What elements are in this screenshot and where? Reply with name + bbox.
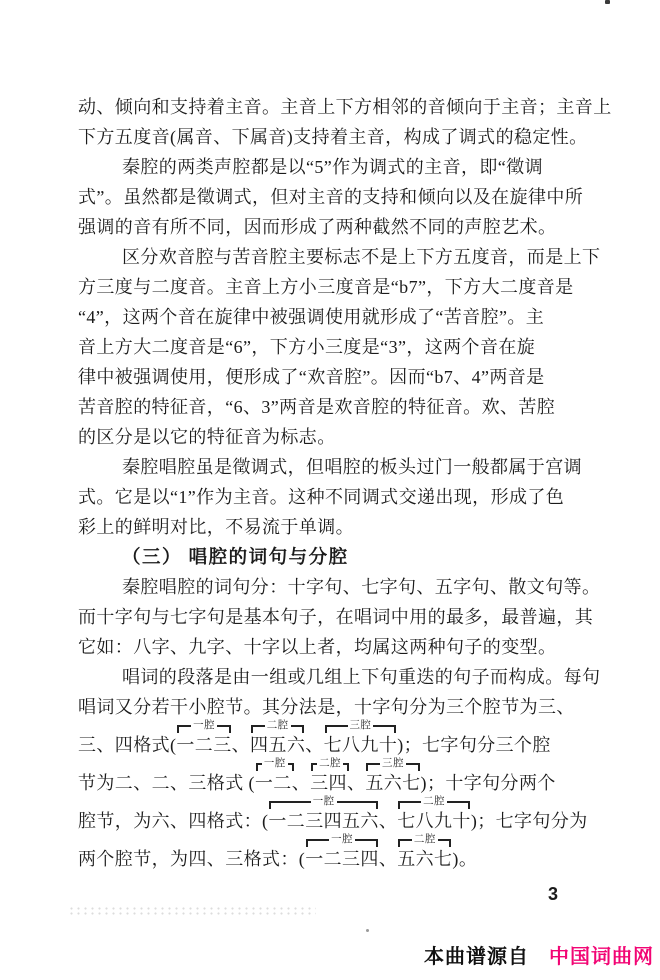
text-line: 方三度与二度音。主音上方小三度音是“b7”，下方大二度音是	[78, 272, 604, 302]
scan-noise-strip	[68, 906, 316, 917]
bracket-right-corner	[288, 763, 294, 771]
bracket-annotated-group: 二腔七八九十	[397, 806, 471, 836]
text-line: 区分欢音腔与苦音腔主要标志不是上下方五度音，而是上下	[78, 242, 604, 272]
annotated-text: 四五六	[250, 735, 305, 755]
bracket-annotated-group: 一腔一二三四五六	[268, 806, 378, 836]
bracket-left-corner	[251, 725, 265, 733]
annotated-text: 三四	[310, 773, 347, 793]
bracket-left-corner	[366, 763, 380, 771]
bracket-left-corner	[398, 801, 421, 809]
text-line: 腔节，为六、四格式：(一腔一二三四五六、二腔七八九十)；七字句分为	[78, 798, 604, 836]
bracket-left-corner	[269, 801, 310, 809]
text-block: 动、倾向和支持着主音。主音上下方相邻的音倾向于主音；主音上下方五度音(属音、下属…	[78, 92, 604, 874]
watermark-footer: 本曲谱源自中国词曲网	[424, 942, 654, 972]
bracket-annotated-group: 二腔三四	[310, 768, 347, 798]
text-segment: 、	[305, 735, 323, 755]
text-segment: 、	[347, 773, 365, 793]
text-segment: 、	[379, 849, 397, 869]
bracket-left-corner	[398, 839, 412, 847]
text-segment: )。	[452, 849, 477, 869]
bracket-right-corner	[343, 763, 349, 771]
bracket-right-corner	[291, 725, 305, 733]
bracket-annotated-group: 三腔五六七	[365, 768, 420, 798]
bracket-left-corner	[306, 839, 329, 847]
text-line: 彩上的鲜明对比，不易流于单调。	[78, 512, 604, 542]
text-line: 式。它是以“1”作为主音。这种不同调式交递出现，形成了色	[78, 482, 604, 512]
text-line: 律中被强调使用，便形成了“欢音腔”。因而“b7、4”两音是	[78, 362, 604, 392]
bracket-annotated-group: 一腔一二	[255, 768, 292, 798]
text-segment: 节为二、二、三格式 (	[78, 773, 255, 793]
text-line: 而十字句与七字句是基本句子，在唱词中用的最多，最普遍，其	[78, 602, 604, 632]
annotated-text: 一二三四	[305, 849, 379, 869]
page-number: 3	[548, 883, 558, 905]
annotated-text: 一二三	[176, 735, 231, 755]
text-line: 秦腔唱腔虽是徵调式，但唱腔的板头过门一般都属于宫调	[78, 452, 604, 482]
scan-speck-bottom	[366, 929, 369, 932]
watermark-site-name: 中国词曲网	[549, 946, 654, 968]
bracket-left-corner	[256, 763, 262, 771]
bracket-right-corner	[373, 725, 396, 733]
text-line: 它如：八字、九字、十字以上者，均属这两种句子的变型。	[78, 632, 604, 662]
bracket-annotated-group: 二腔四五六	[250, 730, 305, 760]
bracket-left-corner	[325, 725, 348, 733]
text-line: “4”，这两个音在旋律中被强调使用就形成了“苦音腔”。主	[78, 302, 604, 332]
text-line: 两个腔节，为四、三格式：(一腔一二三四、二腔五六七)。	[78, 836, 604, 874]
watermark-prefix: 本曲谱源自	[424, 946, 529, 968]
bracket-right-corner	[355, 839, 378, 847]
text-segment: )；七字句分三个腔	[397, 735, 551, 755]
text-segment: 两个腔节，为四、三格式：(	[78, 849, 305, 869]
text-line: 苦音腔的特征音，“6、3”两音是欢音腔的特征音。欢、苦腔	[78, 392, 604, 422]
text-line: 节为二、二、三格式 (一腔一二、二腔三四、三腔五六七)；十字句分两个	[78, 760, 604, 798]
text-segment: )；十字句分两个	[421, 773, 556, 793]
text-segment: 、	[292, 773, 310, 793]
text-segment: 腔节，为六、四格式：(	[78, 811, 268, 831]
text-line: 式”。虽然都是徵调式，但对主音的支持和倾向以及在旋律中所	[78, 182, 604, 212]
text-line: 音上方大二度音是“6”，下方小三度是“3”，这两个音在旋	[78, 332, 604, 362]
text-segment: 三、四格式(	[78, 735, 176, 755]
bracket-annotated-group: 三腔七八九十	[324, 730, 398, 760]
text-line: 下方五度音(属音、下属音)支持着主音，构成了调式的稳定性。	[78, 122, 604, 152]
annotated-text: 七八九十	[324, 735, 398, 755]
annotated-text: 一二三四五六	[268, 811, 378, 831]
annotated-text: 五六七	[397, 849, 452, 869]
annotated-text: 五六七	[365, 773, 420, 793]
bracket-left-corner	[177, 725, 191, 733]
text-line: 的区分是以它的特征音为标志。	[78, 422, 604, 452]
text-line: 三、四格式(一腔一二三、二腔四五六、三腔七八九十)；七字句分三个腔	[78, 722, 604, 760]
section-heading: （三） 唱腔的词句与分腔	[78, 542, 604, 572]
text-line: 唱词的段落是由一组或几组上下句重迭的句子而构成。每句	[78, 662, 604, 692]
bracket-annotated-group: 一腔一二三四	[305, 844, 379, 874]
bracket-left-corner	[311, 763, 317, 771]
text-line: 秦腔的两类声腔都是以“5”作为调式的主音，即“徵调	[78, 152, 604, 182]
bracket-right-corner	[447, 801, 470, 809]
text-line: 唱词又分若干小腔节。其分法是，十字句分为三个腔节为三、	[78, 692, 604, 722]
annotated-text: 七八九十	[397, 811, 471, 831]
text-segment: 、	[232, 735, 250, 755]
text-segment: 、	[379, 811, 397, 831]
bracket-right-corner	[217, 725, 231, 733]
text-line: 动、倾向和支持着主音。主音上下方相邻的音倾向于主音；主音上	[78, 92, 604, 122]
scan-speck-top-right	[605, 0, 610, 4]
annotated-text: 一二	[255, 773, 292, 793]
bracket-right-corner	[337, 801, 378, 809]
bracket-right-corner	[406, 763, 420, 771]
bracket-right-corner	[438, 839, 452, 847]
text-line: 强调的音有所不同，因而形成了两种截然不同的声腔艺术。	[78, 212, 604, 242]
scanned-book-page: 动、倾向和支持着主音。主音上下方相邻的音倾向于主音；主音上下方五度音(属音、下属…	[0, 0, 660, 980]
bracket-annotated-group: 二腔五六七	[397, 844, 452, 874]
bracket-annotated-group: 一腔一二三	[176, 730, 231, 760]
text-segment: )；七字句分为	[471, 811, 588, 831]
text-line: 秦腔唱腔的词句分：十字句、七字句、五字句、散文句等。	[78, 572, 604, 602]
